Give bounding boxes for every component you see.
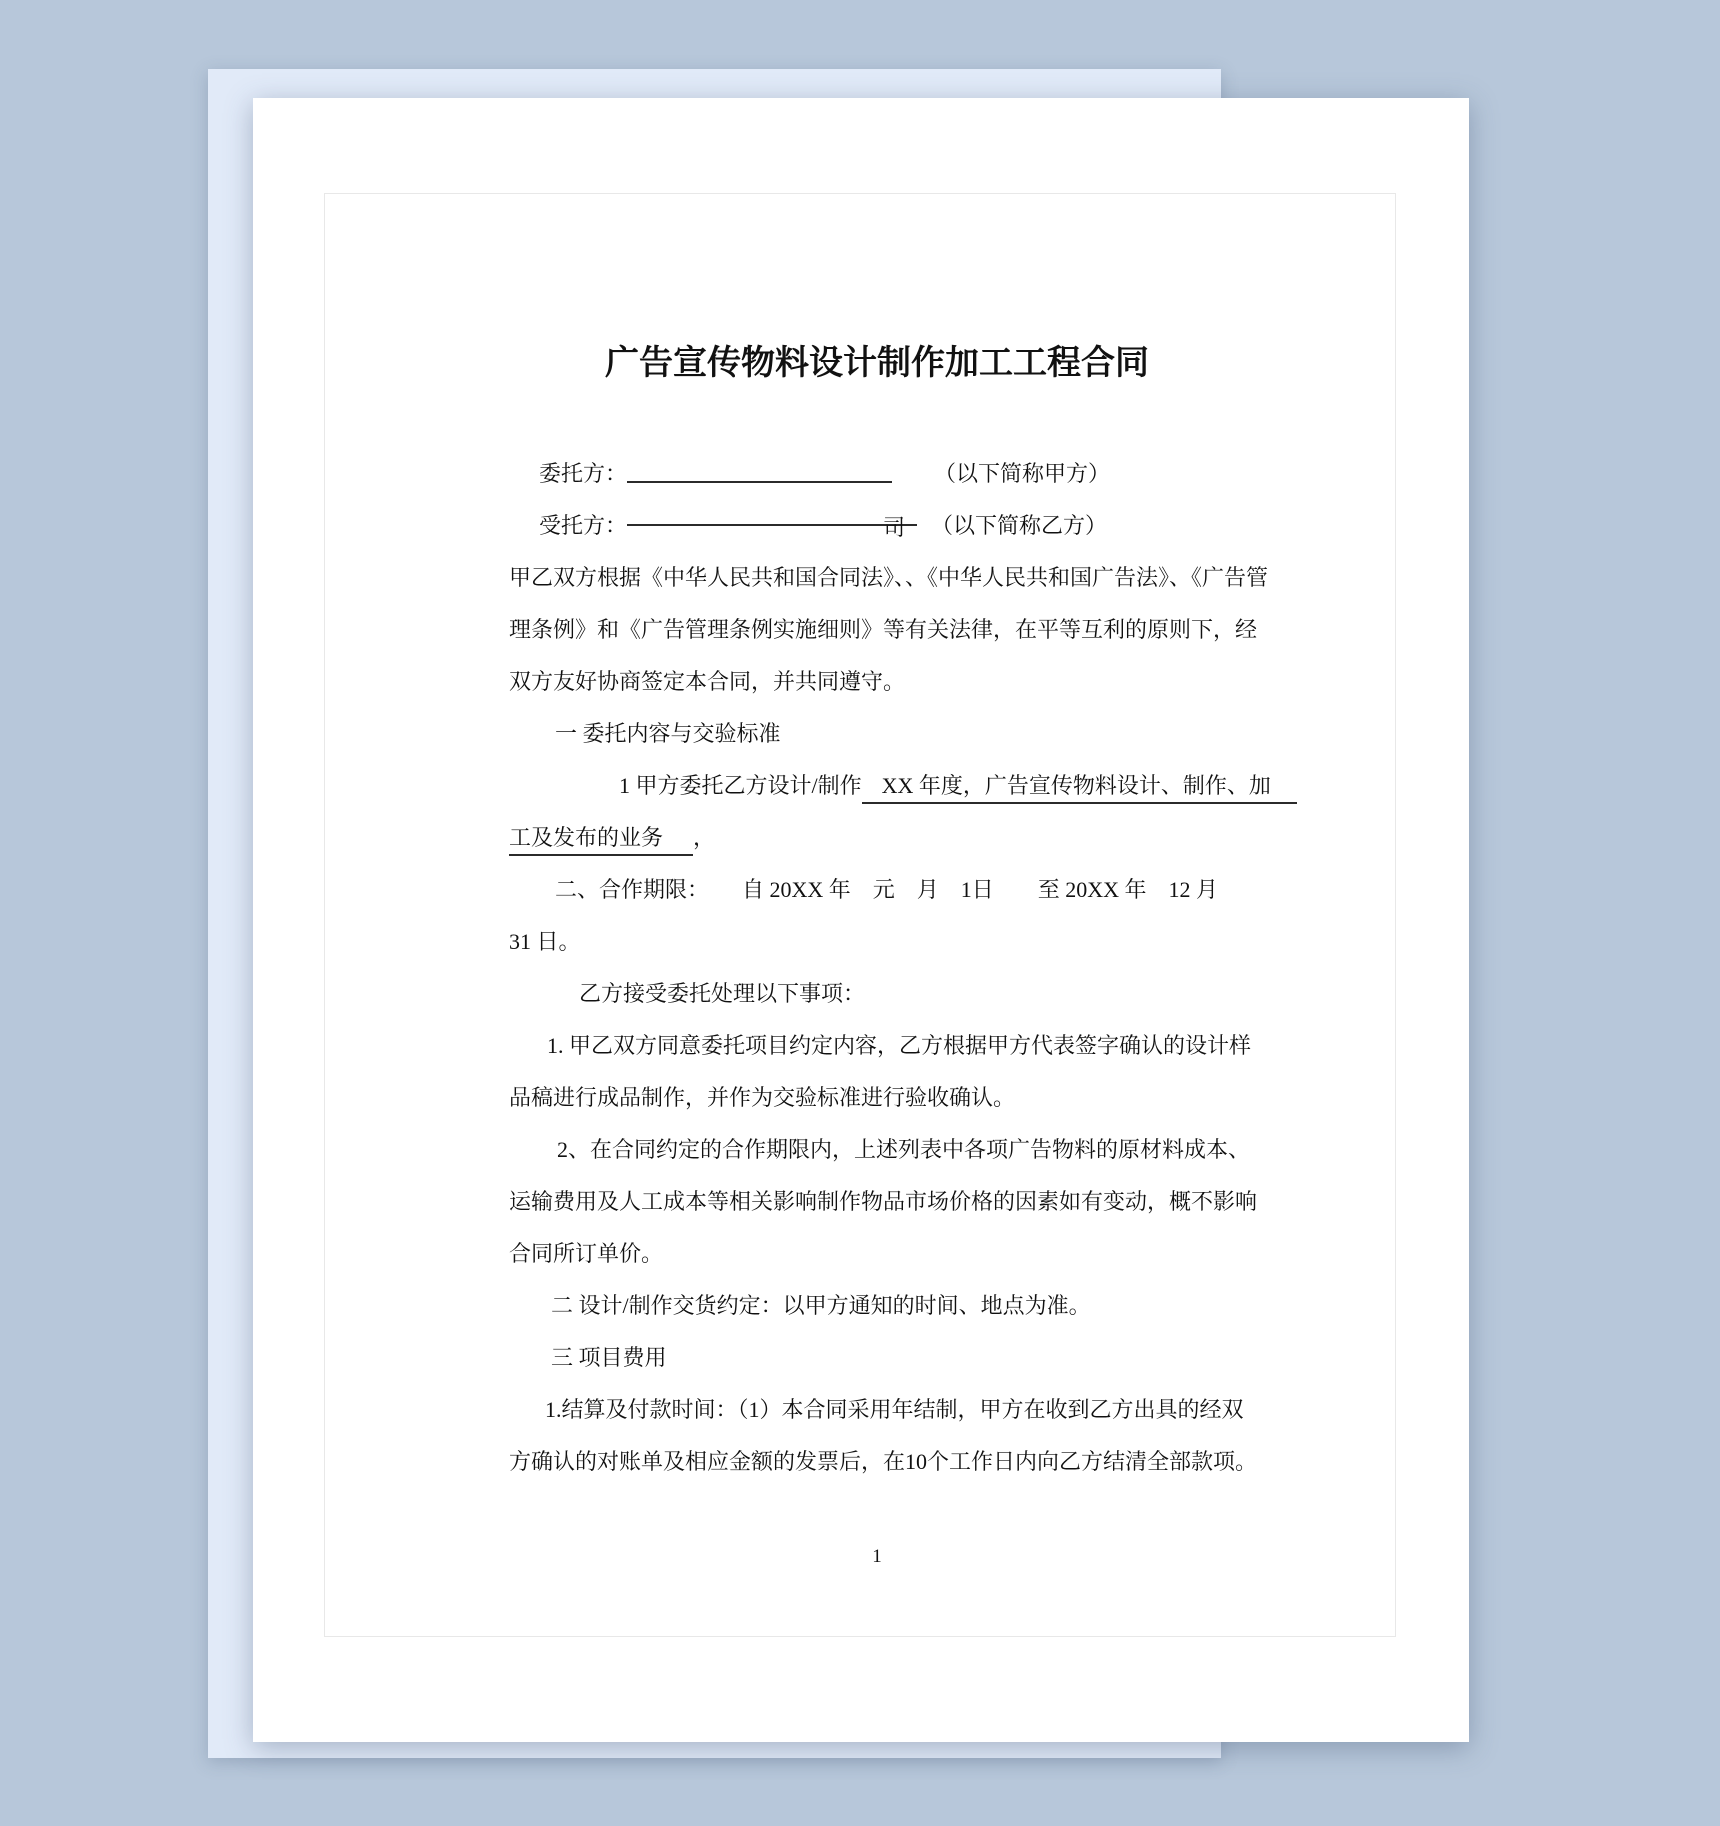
consignor-note: （以下简称甲方） (934, 461, 1110, 486)
clause-item-1-line-2: 品稿进行成品制作，并作为交验标准进行验收确认。 (509, 1072, 1245, 1124)
clause-item-2-line-2: 运输费用及人工成本等相关影响制作物品市场价格的因素如有变动，概不影响 (509, 1176, 1245, 1228)
section-2-heading: 二 设计/制作交货约定：以甲方通知的时间、地点为准。 (551, 1280, 1245, 1332)
preamble-line-3: 双方友好协商签定本合同，并共同遵守。 (509, 656, 1245, 708)
cooperation-term-line-1: 二、合作期限： 自 20XX 年 元 月 1日 至 20XX 年 12 月 (555, 864, 1245, 916)
payment-clause-line-1: 1.结算及付款时间：（1）本合同采用年结制，甲方在收到乙方出具的经双 (545, 1384, 1245, 1436)
contract-preview-canvas: 广告宣传物料设计制作加工工程合同 委托方：（以下简称甲方） 受托方：司（以下简称… (0, 0, 1720, 1826)
contract-page: 广告宣传物料设计制作加工工程合同 委托方：（以下简称甲方） 受托方：司（以下简称… (253, 98, 1469, 1742)
preamble-line-2: 理条例》和《广告管理条例实施细则》等有关法律，在平等互利的原则下，经 (509, 604, 1245, 656)
clause-item-2-line-3: 合同所订单价。 (509, 1228, 1245, 1280)
trustee-note: （以下简称乙方） (931, 513, 1107, 538)
section-3-heading: 三 项目费用 (551, 1332, 1245, 1384)
consignor-line: 委托方：（以下简称甲方） (539, 448, 1245, 500)
contract-title: 广告宣传物料设计制作加工工程合同 (509, 342, 1245, 386)
trustee-label: 受托方： (539, 513, 627, 538)
clause-1-comma: ， (693, 825, 715, 850)
clause-1-line-2: 工及发布的业务， (509, 812, 1245, 864)
page-inner-frame: 广告宣传物料设计制作加工工程合同 委托方：（以下简称甲方） 受托方：司（以下简称… (324, 193, 1396, 1637)
preamble-line-1: 甲乙双方根据《中华人民共和国合同法》、、《中华人民共和国广告法》、《广告管 (509, 552, 1245, 604)
clause-1-blank-1: XX 年度，广告宣传物料设计、制作、加 (862, 773, 1297, 804)
clause-1-line-1: 1 甲方委托乙方设计/制作XX 年度，广告宣传物料设计、制作、加 (619, 760, 1245, 812)
consignor-blank-field (627, 457, 892, 483)
clause-1-prefix: 1 甲方委托乙方设计/制作 (619, 773, 862, 798)
cooperation-term-line-2: 31 日。 (509, 916, 1245, 968)
section-1-heading: 一 委托内容与交验标准 (555, 708, 1245, 760)
trustee-fill-text: 司 (883, 515, 905, 540)
clause-item-1-line-1: 1. 甲乙双方同意委托项目约定内容，乙方根据甲方代表签字确认的设计样 (547, 1020, 1245, 1072)
clause-1-blank-2: 工及发布的业务 (509, 825, 693, 856)
consignor-label: 委托方： (539, 461, 627, 486)
accept-intro-line: 乙方接受委托处理以下事项： (579, 968, 1245, 1020)
trustee-blank-field: 司 (627, 502, 917, 526)
document-text-column: 广告宣传物料设计制作加工工程合同 委托方：（以下简称甲方） 受托方：司（以下简称… (509, 194, 1245, 1570)
payment-clause-line-2: 方确认的对账单及相应金额的发票后，在10个工作日内向乙方结清全部款项。 (509, 1436, 1245, 1488)
clause-item-2-line-1: 2、在合同约定的合作期限内，上述列表中各项广告物料的原材料成本、 (557, 1124, 1245, 1176)
trustee-line: 受托方：司（以下简称乙方） (539, 500, 1245, 552)
page-number: 1 (509, 1544, 1245, 1570)
